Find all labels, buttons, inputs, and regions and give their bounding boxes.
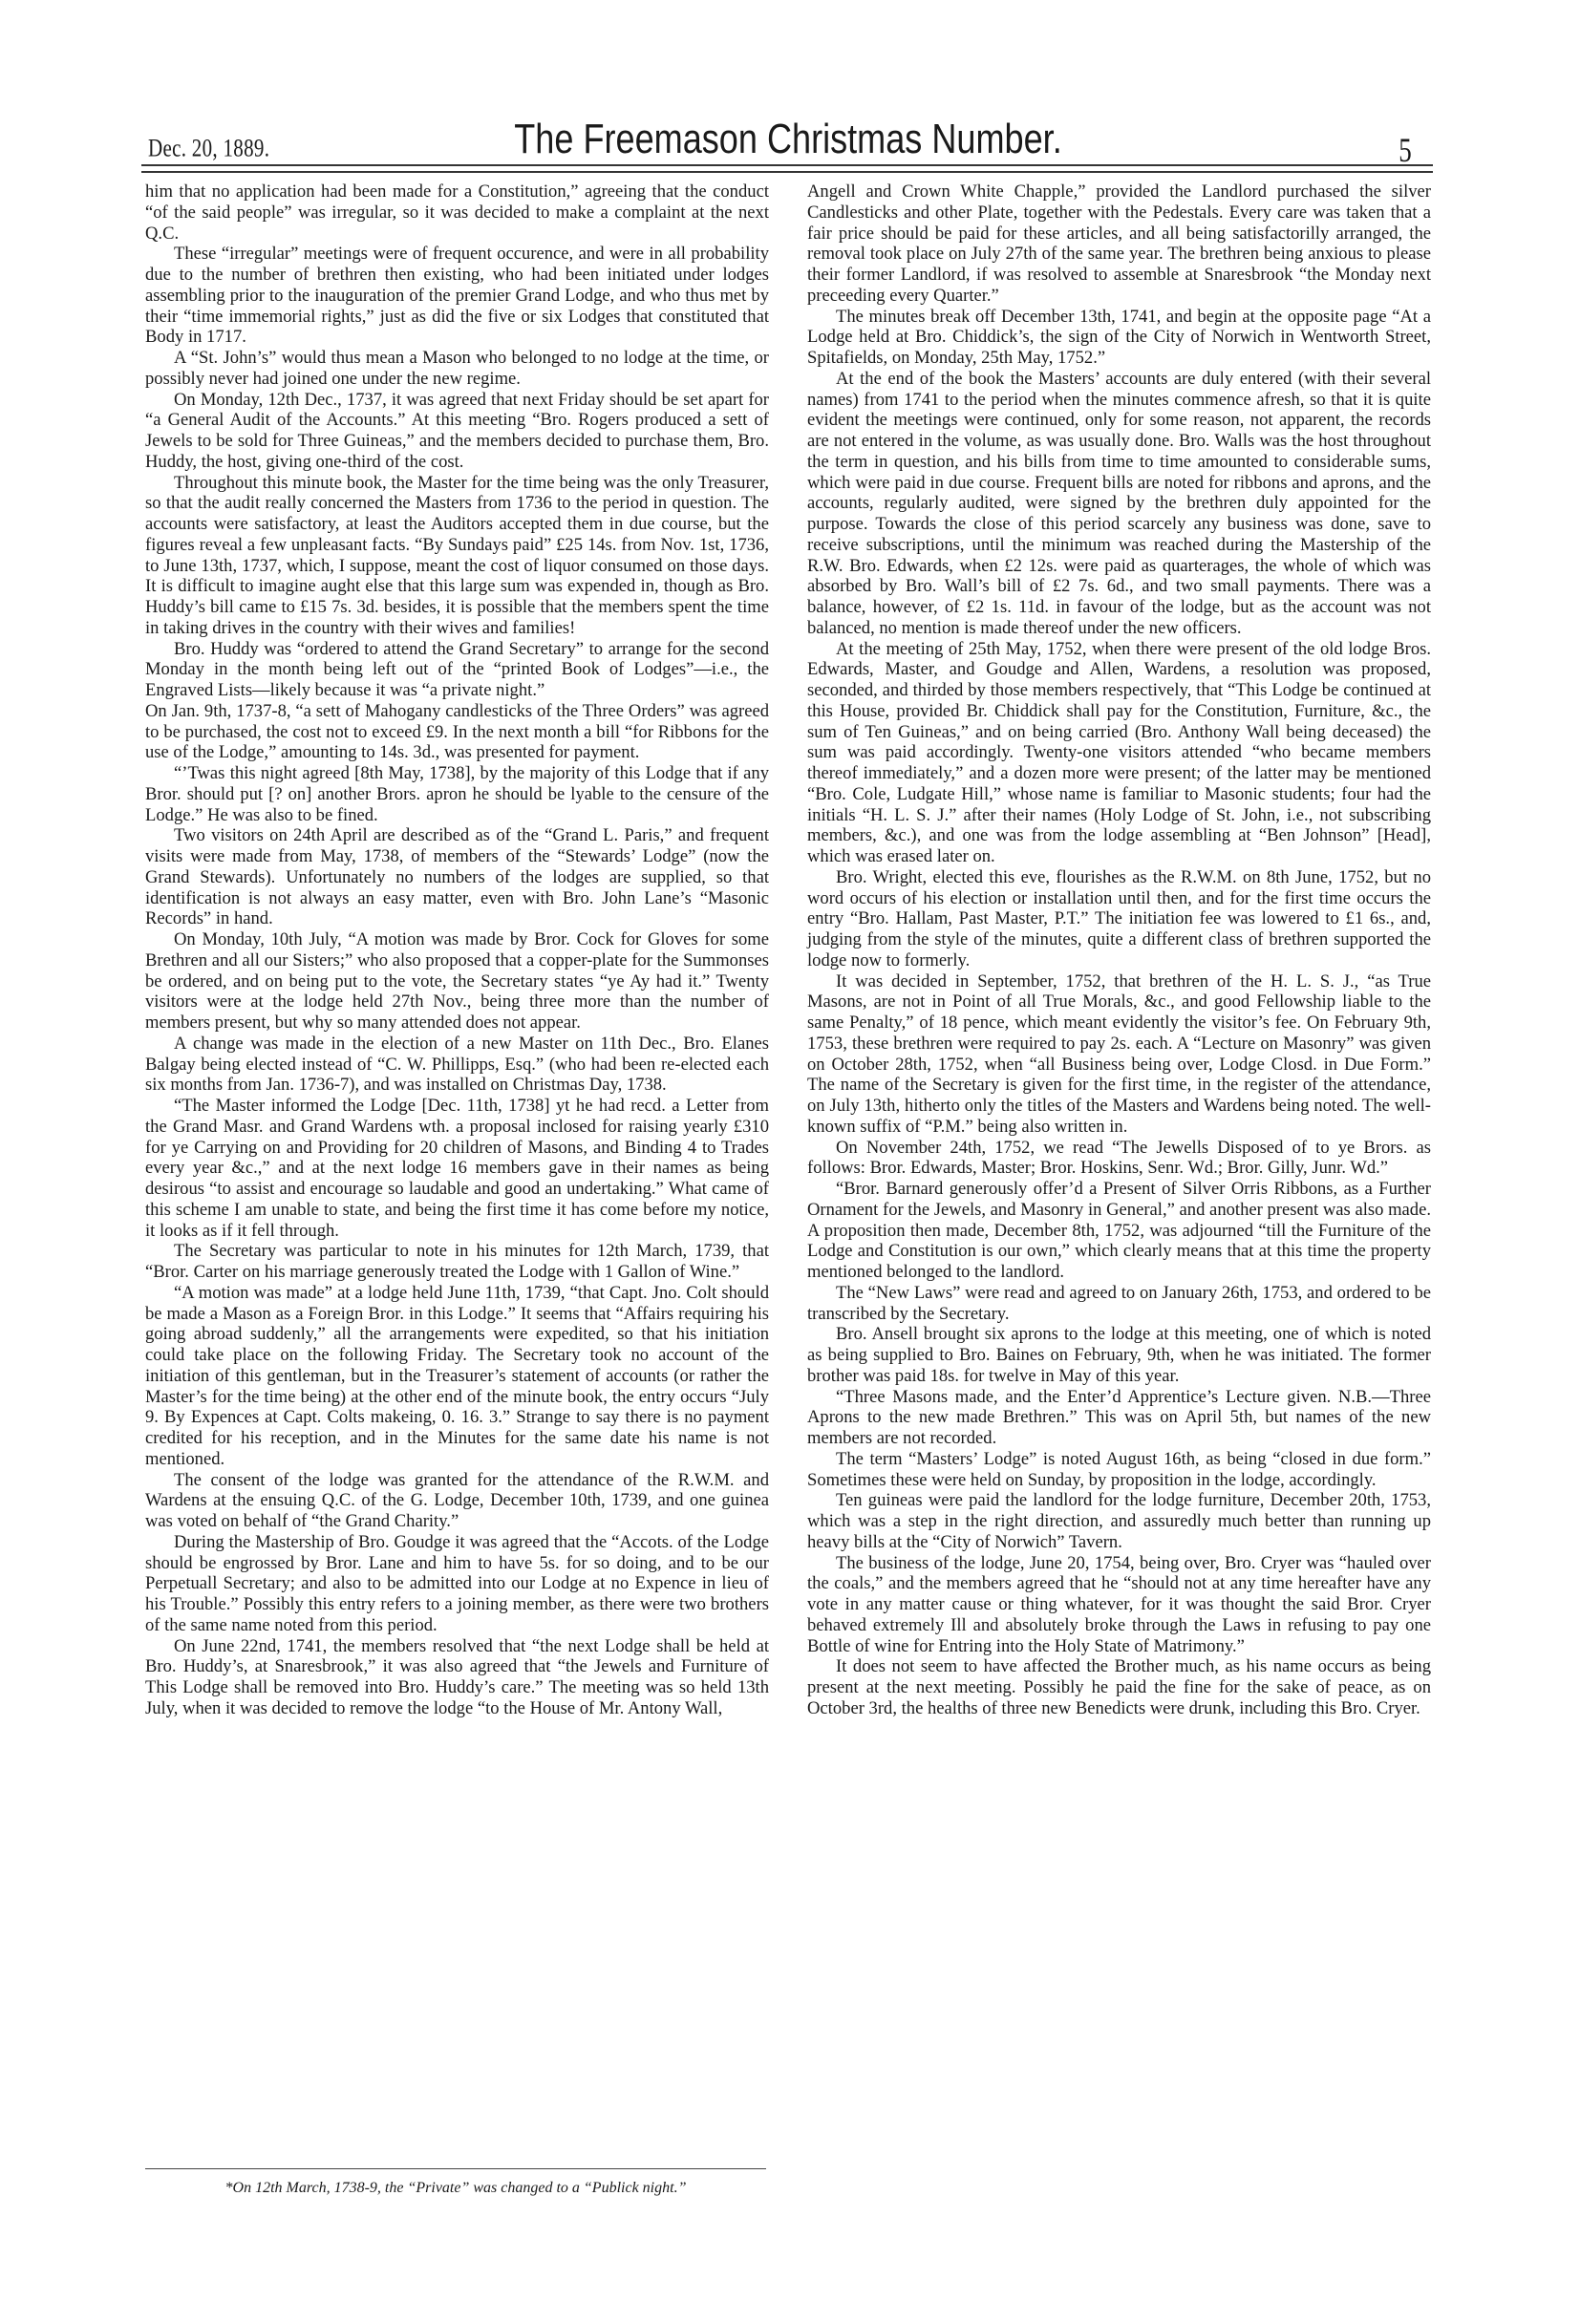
paragraph: Bro. Huddy was “ordered to attend the Gr… (145, 639, 769, 701)
paragraph: him that no application had been made fo… (145, 181, 769, 244)
paragraph: The “New Laws” were read and agreed to o… (807, 1283, 1431, 1325)
paragraph: Two visitors on 24th April are described… (145, 825, 769, 929)
paragraph: On Jan. 9th, 1737-8, “a sett of Mahogany… (145, 701, 769, 763)
paragraph: At the meeting of 25th May, 1752, when t… (807, 639, 1431, 867)
paragraph: The minutes break off December 13th, 174… (807, 307, 1431, 369)
paragraph: On Monday, 10th July, “A motion was made… (145, 929, 769, 1034)
paragraph: The business of the lodge, June 20, 1754… (807, 1553, 1431, 1657)
paragraph: On Monday, 12th Dec., 1737, it was agree… (145, 390, 769, 473)
paragraph: It was decided in September, 1752, that … (807, 971, 1431, 1138)
paragraph: A change was made in the election of a n… (145, 1034, 769, 1096)
paragraph: “’Twas this night agreed [8th May, 1738]… (145, 763, 769, 825)
paragraph: Angell and Crown White Chapple,” provide… (807, 181, 1431, 307)
paragraph: Throughout this minute book, the Master … (145, 473, 769, 639)
paragraph: Ten guineas were paid the landlord for t… (807, 1490, 1431, 1552)
paragraph: Bro. Ansell brought six aprons to the lo… (807, 1324, 1431, 1386)
paragraph: These “irregular” meetings were of frequ… (145, 244, 769, 348)
paragraph: At the end of the book the Masters’ acco… (807, 369, 1431, 639)
footnote: *On 12th March, 1738-9, the “Private” wa… (145, 2178, 766, 2199)
paragraph: On November 24th, 1752, we read “The Jew… (807, 1138, 1431, 1180)
paragraph: During the Mastership of Bro. Goudge it … (145, 1532, 769, 1636)
column-right: Angell and Crown White Chapple,” provide… (807, 181, 1431, 1719)
paragraph: The Secretary was particular to note in … (145, 1241, 769, 1283)
masthead: Dec. 20, 1889. The Freemason Christmas N… (143, 115, 1433, 172)
publication-title: The Freemason Christmas Number. (260, 115, 1317, 164)
paragraph: Bro. Wright, elected this eve, flourishe… (807, 867, 1431, 971)
paragraph: The consent of the lodge was granted for… (145, 1470, 769, 1532)
paragraph: “Three Masons made, and the Enter’d Appr… (807, 1387, 1431, 1449)
paragraph: “A motion was made” at a lodge held June… (145, 1283, 769, 1470)
column-left: him that no application had been made fo… (145, 181, 769, 1719)
header-rule-top (141, 164, 1433, 166)
header-rule-bottom (141, 171, 1433, 173)
paragraph: “Bror. Barnard generously offer’d a Pres… (807, 1179, 1431, 1283)
paragraph: On June 22nd, 1741, the members resolved… (145, 1636, 769, 1719)
issue-date: Dec. 20, 1889. (148, 134, 269, 163)
paragraph: The term “Masters’ Lodge” is noted Augus… (807, 1449, 1431, 1491)
paragraph: It does not seem to have affected the Br… (807, 1656, 1431, 1718)
paragraph: A “St. John’s” would thus mean a Mason w… (145, 348, 769, 390)
paragraph: “The Master informed the Lodge [Dec. 11t… (145, 1096, 769, 1241)
footnote-rule (145, 2168, 766, 2169)
